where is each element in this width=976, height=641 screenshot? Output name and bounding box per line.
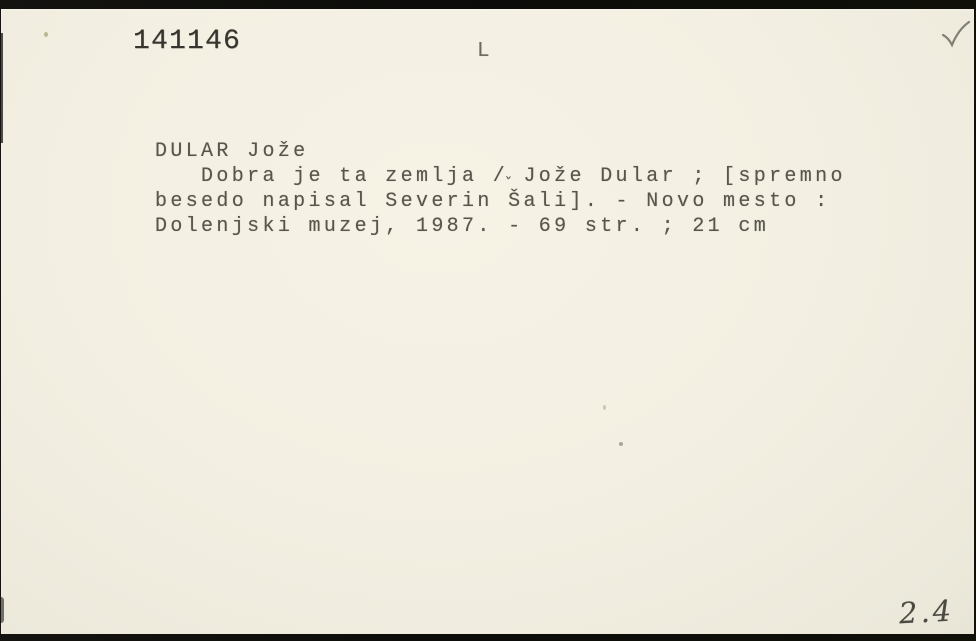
check-mark-icon bbox=[939, 20, 973, 50]
catalog-card: 141146 L DULAR Jože Dobra je ta zemlja /… bbox=[1, 9, 974, 634]
typed-line-title: Dobra je ta zemlja / Jože Dular ; [sprem… bbox=[155, 164, 846, 189]
typed-insertion-mark: ˇ bbox=[503, 174, 512, 194]
section-letter: L bbox=[477, 40, 490, 63]
typed-line-author: DULAR Jože bbox=[155, 139, 846, 164]
paper-speck bbox=[44, 32, 48, 37]
typed-text-block: DULAR Jože Dobra je ta zemlja / Jože Dul… bbox=[155, 139, 846, 239]
paper-speck bbox=[603, 405, 606, 410]
scan-edge-shadow bbox=[1, 33, 3, 143]
scan-frame: 141146 L DULAR Jože Dobra je ta zemlja /… bbox=[0, 0, 976, 641]
typed-line-imprint: besedo napisal Severin Šali]. - Novo mes… bbox=[155, 189, 846, 214]
accession-number: 141146 bbox=[133, 26, 241, 57]
paper-speck bbox=[619, 442, 623, 446]
handwritten-shelf-note: 2.4 bbox=[898, 594, 955, 631]
typed-line-collation: Dolenjski muzej, 1987. - 69 str. ; 21 cm bbox=[155, 214, 846, 239]
scan-edge-notch bbox=[1, 597, 4, 623]
